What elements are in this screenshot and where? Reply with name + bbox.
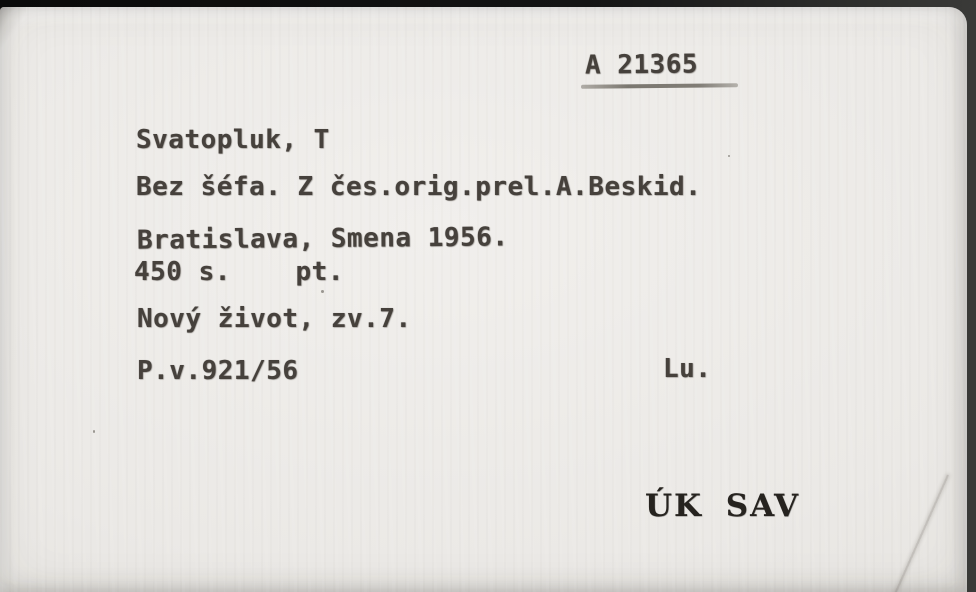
paper-speck xyxy=(93,430,95,433)
catalog-number: A 21365 xyxy=(585,51,698,80)
cataloger-initials: Lu. xyxy=(663,355,711,383)
paper-speck xyxy=(321,290,324,293)
title-line: Bez šéfa. Z čes.orig.prel.A.Beskid. xyxy=(136,173,701,201)
catalog-card: A 21365 Svatopluk, T Bez šéfa. Z čes.ori… xyxy=(0,7,967,592)
catalog-number-underline xyxy=(581,83,738,89)
author-line: Svatopluk, T xyxy=(136,126,330,154)
scan-background: A 21365 Svatopluk, T Bez šéfa. Z čes.ori… xyxy=(0,0,976,592)
library-stamp: ÚK SAV xyxy=(645,489,800,523)
paper-speck xyxy=(728,155,730,157)
series-line: Nový život, zv.7. xyxy=(137,305,412,333)
accession-number-line: P.v.921/56 xyxy=(137,357,299,385)
collation-line: 450 s. pt. xyxy=(134,258,344,286)
imprint-line: Bratislava, Smena 1956. xyxy=(137,223,509,254)
corner-fold xyxy=(0,7,26,51)
paper-crease xyxy=(894,475,949,592)
